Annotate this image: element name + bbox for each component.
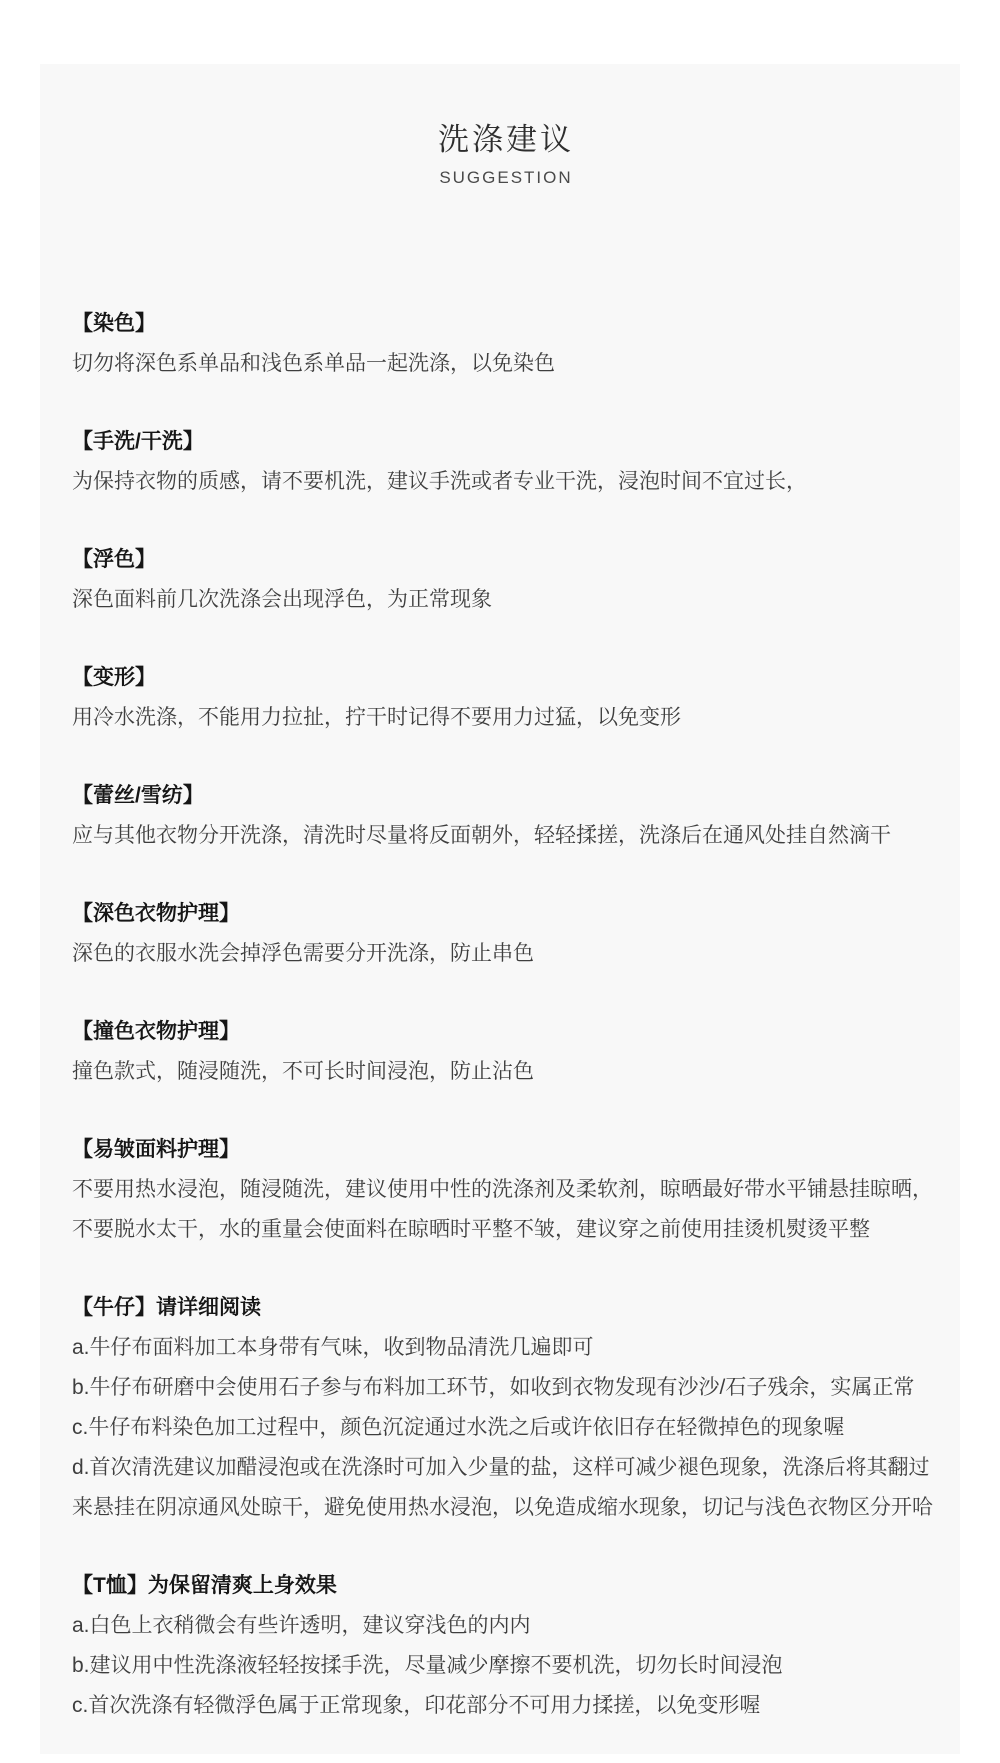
care-section: 【撞色衣物护理】撞色款式，随浸随洗，不可长时间浸泡，防止沾色 bbox=[72, 1012, 940, 1092]
care-section: 【浮色】深色面料前几次洗涤会出现浮色，为正常现象 bbox=[72, 540, 940, 620]
section-heading: 【深色衣物护理】 bbox=[72, 894, 940, 934]
section-line: 不要用热水浸泡，随浸随洗，建议使用中性的洗涤剂及柔软剂，晾晒最好带水平铺悬挂晾晒… bbox=[72, 1170, 940, 1250]
section-line: a.白色上衣稍微会有些许透明，建议穿浅色的内内 bbox=[72, 1606, 940, 1646]
page-title: 洗涤建议 bbox=[72, 122, 940, 158]
section-heading: 【蕾丝/雪纺】 bbox=[72, 776, 940, 816]
section-heading: 【易皱面料护理】 bbox=[72, 1130, 940, 1170]
care-section: 【手洗/干洗】为保持衣物的质感，请不要机洗，建议手洗或者专业干洗，浸泡时间不宜过… bbox=[72, 422, 940, 502]
section-line: 应与其他衣物分开洗涤，清洗时尽量将反面朝外，轻轻揉搓，洗涤后在通风处挂自然滴干 bbox=[72, 816, 940, 856]
section-line: b.牛仔布研磨中会使用石子参与布料加工环节，如收到衣物发现有沙沙/石子残余，实属… bbox=[72, 1368, 940, 1408]
section-line: b.建议用中性洗涤液轻轻按揉手洗，尽量减少摩擦不要机洗，切勿长时间浸泡 bbox=[72, 1646, 940, 1686]
section-line: 切勿将深色系单品和浅色系单品一起洗涤，以免染色 bbox=[72, 344, 940, 384]
section-line: c.首次洗涤有轻微浮色属于正常现象，印花部分不可用力揉搓，以免变形喔 bbox=[72, 1686, 940, 1726]
care-section: 【变形】用冷水洗涤，不能用力拉扯，拧干时记得不要用力过猛，以免变形 bbox=[72, 658, 940, 738]
laundry-suggestion-page: { "header": { "title": "洗涤建议", "subtitle… bbox=[0, 0, 1000, 1763]
section-heading: 【撞色衣物护理】 bbox=[72, 1012, 940, 1052]
section-heading: 【T恤】为保留清爽上身效果 bbox=[72, 1566, 940, 1606]
section-line: 为保持衣物的质感，请不要机洗，建议手洗或者专业干洗，浸泡时间不宜过长， bbox=[72, 462, 940, 502]
section-heading: 【手洗/干洗】 bbox=[72, 422, 940, 462]
care-section: 【T恤】为保留清爽上身效果a.白色上衣稍微会有些许透明，建议穿浅色的内内b.建议… bbox=[72, 1566, 940, 1726]
section-line: 撞色款式，随浸随洗，不可长时间浸泡，防止沾色 bbox=[72, 1052, 940, 1092]
care-section: 【染色】切勿将深色系单品和浅色系单品一起洗涤，以免染色 bbox=[72, 304, 940, 384]
section-line: c.牛仔布料染色加工过程中，颜色沉淀通过水洗之后或许依旧存在轻微掉色的现象喔 bbox=[72, 1408, 940, 1448]
care-section: 【深色衣物护理】深色的衣服水洗会掉浮色需要分开洗涤，防止串色 bbox=[72, 894, 940, 974]
page-subtitle: SUGGESTION bbox=[72, 168, 940, 188]
title-block: 洗涤建议 SUGGESTION bbox=[72, 122, 940, 188]
care-section: 【牛仔】请详细阅读a.牛仔布面料加工本身带有气味，收到物品清洗几遍即可b.牛仔布… bbox=[72, 1288, 940, 1528]
care-section: 【易皱面料护理】不要用热水浸泡，随浸随洗，建议使用中性的洗涤剂及柔软剂，晾晒最好… bbox=[72, 1130, 940, 1250]
section-line: 深色的衣服水洗会掉浮色需要分开洗涤，防止串色 bbox=[72, 934, 940, 974]
section-line: d.首次清洗建议加醋浸泡或在洗涤时可加入少量的盐，这样可减少褪色现象，洗涤后将其… bbox=[72, 1448, 940, 1528]
section-heading: 【染色】 bbox=[72, 304, 940, 344]
care-sections: 【染色】切勿将深色系单品和浅色系单品一起洗涤，以免染色【手洗/干洗】为保持衣物的… bbox=[72, 304, 940, 1726]
section-heading: 【变形】 bbox=[72, 658, 940, 698]
section-line: 深色面料前几次洗涤会出现浮色，为正常现象 bbox=[72, 580, 940, 620]
section-heading: 【浮色】 bbox=[72, 540, 940, 580]
care-section: 【蕾丝/雪纺】应与其他衣物分开洗涤，清洗时尽量将反面朝外，轻轻揉搓，洗涤后在通风… bbox=[72, 776, 940, 856]
section-heading: 【牛仔】请详细阅读 bbox=[72, 1288, 940, 1328]
content-card: 洗涤建议 SUGGESTION 【染色】切勿将深色系单品和浅色系单品一起洗涤，以… bbox=[40, 64, 960, 1754]
section-line: 用冷水洗涤，不能用力拉扯，拧干时记得不要用力过猛，以免变形 bbox=[72, 698, 940, 738]
section-line: a.牛仔布面料加工本身带有气味，收到物品清洗几遍即可 bbox=[72, 1328, 940, 1368]
